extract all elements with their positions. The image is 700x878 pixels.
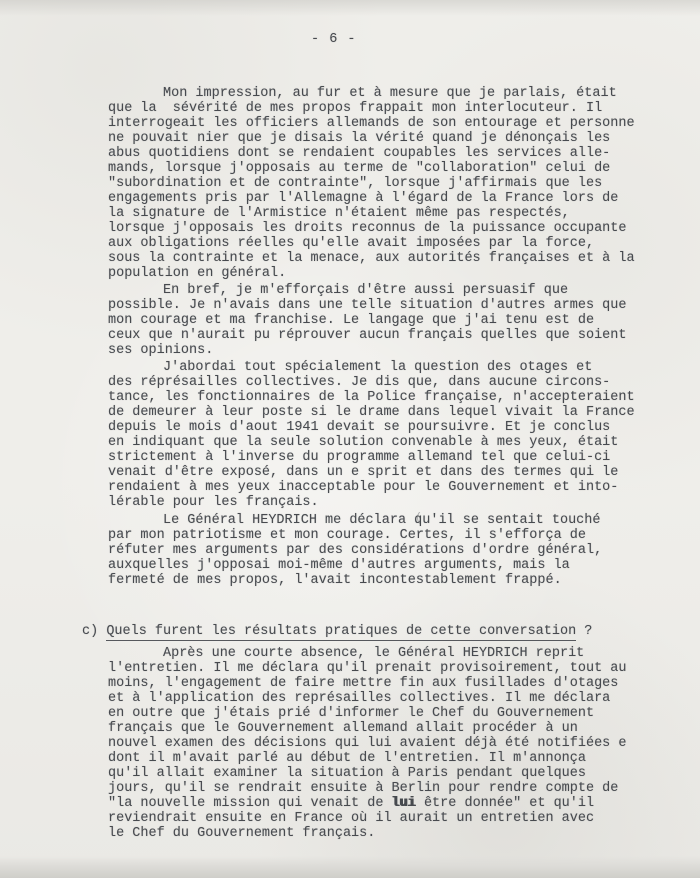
text-line: lorsque j'opposais les droits reconnus d…: [108, 221, 635, 236]
text-line: la signature de l'Armistice n'étaient mê…: [108, 206, 635, 221]
text-line: aux obligations réelles qu'elle avait im…: [108, 236, 635, 251]
text-line: jours, qu'il se rendrait ensuite à Berli…: [108, 781, 626, 796]
paragraph: Mon impression, au fur et à mesure que j…: [108, 86, 635, 281]
text-line: fermeté de mes propos, l'avait incontest…: [108, 573, 602, 588]
text-line: strictement à l'inverse du programme all…: [108, 450, 635, 465]
text-line: moins, l'engagement de faire mettre fin …: [108, 676, 626, 691]
text-line: de demeurer à leur poste si le drame dan…: [108, 405, 635, 420]
text-line: lérable pour les français.: [108, 495, 635, 510]
text-line: ses opinions.: [108, 343, 626, 358]
text-line: en indiquant que la seule solution conve…: [108, 435, 635, 450]
text-line: engagements pris par l'Allemagne à l'éga…: [108, 191, 635, 206]
scanned-document-page: - 6 - Mon impression, au fur et à mesure…: [0, 0, 700, 878]
text-line: Le Général HEYDRICH me déclara qu'il se …: [163, 513, 602, 528]
text-segment: "la nouvelle mission qui venait de: [108, 796, 392, 811]
paragraph: Le Général HEYDRICH me déclara qu'il se …: [108, 513, 602, 588]
text-line: ne pouvait nier que je disais la vérité …: [108, 131, 635, 146]
text-line: que la sévérité de mes propos frappait m…: [108, 101, 635, 116]
text-line: interrogeait les officiers allemands de …: [108, 116, 635, 131]
text-line: depuis le mois d'aout 1941 devait se pou…: [108, 420, 635, 435]
text-line: population en général.: [108, 266, 635, 281]
text-line: qu'il allait examiner la situation à Par…: [108, 766, 626, 781]
text-line: mands, lorsque j'opposais au terme de "c…: [108, 161, 635, 176]
text-line: mon courage et ma franchise. Le langage …: [108, 313, 626, 328]
text-line: possible. Je n'avais dans une telle situ…: [108, 298, 626, 313]
text-line: venait d'être exposé, dans un e sprit et…: [108, 465, 635, 480]
text-line: tance, les fonctionnaires de la Police f…: [108, 390, 635, 405]
text-line: sous la contrainte et la menace, aux aut…: [108, 251, 635, 266]
text-line: dont il m'avait parlé au début de l'entr…: [108, 751, 626, 766]
text-line: En bref, je m'efforçais d'être aussi per…: [163, 283, 626, 298]
text-line: Mon impression, au fur et à mesure que j…: [163, 86, 635, 101]
section-heading: c) Quels furent les résultats pratiques …: [82, 624, 592, 639]
scan-top-edge: [0, 0, 700, 16]
text-line: nouvel examen des décisions qui lui avai…: [108, 736, 626, 751]
text-line: auxquelles j'opposai moi-même d'autres a…: [108, 558, 602, 573]
text-line: français que le Gouvernement allemand al…: [108, 721, 626, 736]
paragraph: En bref, je m'efforçais d'être aussi per…: [108, 283, 626, 358]
heading-suffix: ?: [576, 624, 592, 639]
text-line: et à l'application des représailles coll…: [108, 691, 626, 706]
text-line: réfuter mes arguments par des considérat…: [108, 543, 602, 558]
paragraph: Après une courte absence, le Général HEY…: [108, 646, 626, 841]
overstruck-word: lui: [392, 796, 416, 811]
text-line: "la nouvelle mission qui venait de lui ê…: [108, 796, 626, 811]
text-line: en outre que j'étais prié d'informer le …: [108, 706, 626, 721]
text-line: reviendrait ensuite en France où il aura…: [108, 811, 626, 826]
text-line: "subordination et de contrainte", lorsqu…: [108, 176, 635, 191]
scan-bottom-edge: [0, 856, 700, 878]
text-line: des réprésailles collectives. Je dis que…: [108, 375, 635, 390]
page-number: - 6 -: [311, 32, 357, 47]
text-line: le Chef du Gouvernement français.: [108, 826, 626, 841]
text-line: Après une courte absence, le Général HEY…: [163, 646, 626, 661]
paragraph: J'abordai tout spécialement la question …: [108, 360, 635, 510]
text-segment: être donnée" et qu'il: [416, 796, 594, 811]
text-line: par mon patriotisme et mon courage. Cert…: [108, 528, 602, 543]
heading-prefix: c): [82, 624, 106, 639]
text-line: rendaient à mes yeux inacceptable pour l…: [108, 480, 635, 495]
text-line: abus quotidiens dont se rendaient coupab…: [108, 146, 635, 161]
text-line: ceux que n'aurait pu réprouver aucun fra…: [108, 328, 626, 343]
heading-underlined-text: Quels furent les résultats pratiques de …: [106, 624, 576, 641]
scan-speckle: (: [415, 511, 422, 525]
text-line: l'entretien. Il me déclara qu'il prenait…: [108, 661, 626, 676]
text-line: J'abordai tout spécialement la question …: [163, 360, 635, 375]
